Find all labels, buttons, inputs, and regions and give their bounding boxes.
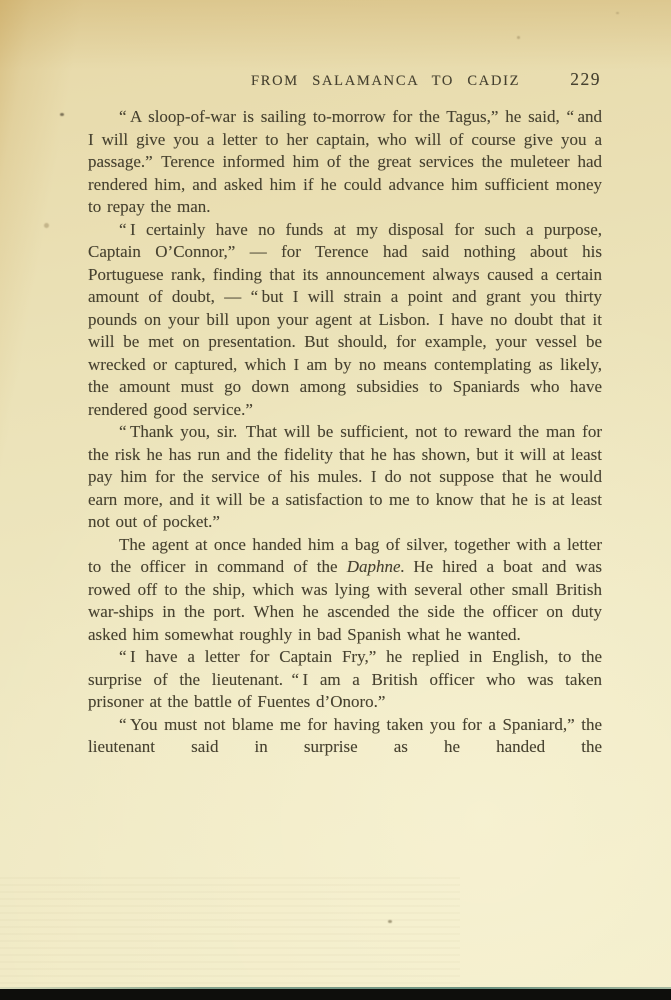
scan-speck: [616, 12, 619, 14]
running-header-title: FROM SALAMANCA TO CADIZ: [251, 73, 520, 90]
paragraph-text: “ I certainly have no funds at my dispos…: [88, 220, 602, 419]
paragraph-text: “ Thank you, sir. That will be sufficien…: [88, 422, 602, 531]
paragraph-text: “ A sloop-of-war is sailing to-morrow fo…: [88, 107, 602, 216]
scan-speck: [44, 223, 49, 228]
scan-edge-black-bar: [0, 989, 671, 1000]
paragraph: The agent at once handed him a bag of si…: [88, 534, 602, 647]
paragraph-text: “ I have a letter for Captain Fry,” he r…: [88, 647, 602, 711]
paragraph: “ I certainly have no funds at my dispos…: [88, 219, 602, 422]
page-header: FROM SALAMANCA TO CADIZ 229: [88, 71, 602, 93]
ship-name-italic: Daphne.: [347, 557, 405, 576]
paragraph: “ Thank you, sir. That will be sufficien…: [88, 421, 602, 534]
scan-speck: [60, 113, 64, 116]
paragraph: “ You must not blame me for having taken…: [88, 714, 602, 759]
scan-streaks: [0, 877, 460, 987]
book-page-scan: FROM SALAMANCA TO CADIZ 229 “ A sloop-of…: [0, 0, 671, 1000]
text-block: “ A sloop-of-war is sailing to-morrow fo…: [88, 106, 602, 759]
scan-speck: [388, 920, 392, 923]
page-number: 229: [570, 69, 601, 90]
scan-speck: [517, 36, 520, 39]
paragraph: “ I have a letter for Captain Fry,” he r…: [88, 646, 602, 714]
paragraph-text: “ You must not blame me for having taken…: [88, 715, 602, 757]
paragraph: “ A sloop-of-war is sailing to-morrow fo…: [88, 106, 602, 219]
